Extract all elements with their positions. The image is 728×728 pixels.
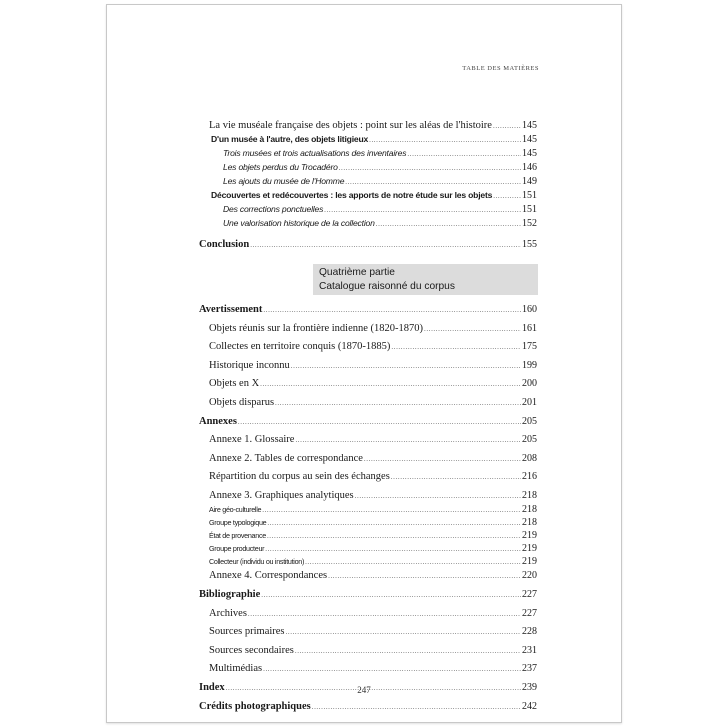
part-title: Catalogue raisonné du corpus	[319, 280, 538, 294]
toc-entry-label: Annexe 3. Graphiques analytiques	[209, 490, 354, 501]
leader-dots	[263, 665, 521, 673]
toc-entry: D'un musée à l'autre, des objets litigie…	[199, 134, 537, 145]
running-head: Table des matières	[462, 65, 539, 72]
toc-entry: Répartition du corpus au sein des échang…	[199, 471, 537, 482]
leader-dots	[355, 492, 521, 500]
leader-dots	[407, 150, 521, 158]
toc-entry-label: Collectes en territoire conquis (1870-18…	[209, 341, 390, 352]
toc-entry-label: Archives	[209, 608, 247, 619]
toc-entry: Annexes205	[199, 416, 537, 427]
toc-entry-label: Annexe 4. Correspondances	[209, 570, 327, 581]
book-page: Table des matières La vie muséale frança…	[106, 4, 622, 723]
toc-entry: État de provenance219	[199, 530, 537, 541]
toc-entry-label: Collecteur (individu ou institution)	[209, 557, 304, 566]
toc-entry-label: Trois musées et trois actualisations des…	[223, 148, 406, 158]
toc-entry-label: Groupe typologique	[209, 518, 266, 527]
leader-dots	[324, 206, 521, 214]
toc-entry-page: 199	[522, 360, 537, 371]
leader-dots	[260, 380, 521, 388]
leader-dots	[345, 178, 521, 186]
leader-dots	[263, 306, 521, 314]
toc-entry-page: 242	[522, 701, 537, 712]
toc-entry-label: Crédits photographiques	[199, 701, 311, 712]
page-number: 247	[107, 685, 621, 695]
toc-entry-page: 218	[522, 504, 537, 515]
toc-entry-page: 160	[522, 304, 537, 315]
toc-entry-label: Conclusion	[199, 239, 249, 250]
toc-entry-page: 146	[522, 162, 537, 173]
toc-entry-page: 228	[522, 626, 537, 637]
leader-dots	[312, 703, 521, 711]
toc-entry: Annexe 1. Glossaire205	[199, 434, 537, 445]
leader-dots	[391, 343, 521, 351]
toc-entry-page: 227	[522, 589, 537, 600]
leader-dots	[295, 647, 521, 655]
leader-dots	[339, 164, 521, 172]
toc-entry-page: 208	[522, 453, 537, 464]
leader-dots	[493, 122, 521, 130]
toc-entry-page: 200	[522, 378, 537, 389]
leader-dots	[376, 220, 521, 228]
toc-entry: Découvertes et redécouvertes : les appor…	[199, 190, 537, 201]
toc-entry: Annexe 2. Tables de correspondance208	[199, 453, 537, 464]
toc-entry-label: Les ajouts du musée de l'Homme	[223, 176, 344, 186]
toc-entry-label: Multimédias	[209, 663, 262, 674]
leader-dots	[261, 591, 521, 599]
toc-entry: Objets réunis sur la frontière indienne …	[199, 323, 537, 334]
leader-dots	[267, 519, 521, 527]
toc-entry: Annexe 4. Correspondances220	[199, 570, 537, 581]
toc-entry: Objets en X200	[199, 378, 537, 389]
toc-entry: Archives227	[199, 608, 537, 619]
toc-entry: Sources primaires228	[199, 626, 537, 637]
toc-entry: Trois musées et trois actualisations des…	[199, 148, 537, 159]
toc-entry-page: 219	[522, 556, 537, 567]
toc-entry-label: Historique inconnu	[209, 360, 290, 371]
toc-entry-label: État de provenance	[209, 531, 266, 540]
toc-entry: Groupe typologique218	[199, 517, 537, 528]
toc-entry-page: 175	[522, 341, 537, 352]
leader-dots	[248, 610, 521, 618]
toc-entry-label: Annexe 2. Tables de correspondance	[209, 453, 363, 464]
toc-entry-page: 155	[522, 239, 537, 250]
leader-dots	[369, 136, 521, 144]
toc-entry-label: Bibliographie	[199, 589, 260, 600]
toc-entry-page: 149	[522, 176, 537, 187]
toc-entry-page: 145	[522, 120, 537, 131]
toc-entry: Des corrections ponctuelles151	[199, 204, 537, 215]
toc-entry-page: 231	[522, 645, 537, 656]
toc-entry: Les ajouts du musée de l'Homme149	[199, 176, 537, 187]
leader-dots	[391, 473, 521, 481]
toc-entry: Multimédias237	[199, 663, 537, 674]
toc-entry-page: 219	[522, 543, 537, 554]
toc-entry: Annexe 3. Graphiques analytiques218	[199, 490, 537, 501]
toc-entry-label: Sources primaires	[209, 626, 285, 637]
toc-entry: La vie muséale française des objets : po…	[199, 120, 537, 131]
toc-entry-page: 219	[522, 530, 537, 541]
toc-entry-page: 218	[522, 490, 537, 501]
leader-dots	[267, 532, 521, 540]
toc-entry-page: 237	[522, 663, 537, 674]
leader-dots	[275, 399, 521, 407]
toc-entry-label: Sources secondaires	[209, 645, 294, 656]
part-heading-box: Quatrième partie Catalogue raisonné du c…	[313, 264, 538, 295]
toc-entry: Collectes en territoire conquis (1870-18…	[199, 341, 537, 352]
toc-entry-label: Découvertes et redécouvertes : les appor…	[211, 190, 492, 200]
part-number: Quatrième partie	[319, 266, 538, 280]
toc-entry: Crédits photographiques242	[199, 701, 537, 712]
toc-entry-label: Aire géo-culturelle	[209, 505, 261, 514]
toc-entry-label: Annexe 1. Glossaire	[209, 434, 294, 445]
toc-entry-label: La vie muséale française des objets : po…	[209, 120, 492, 131]
toc-entry-page: 218	[522, 517, 537, 528]
toc-entry: Conclusion155	[199, 239, 537, 250]
toc-entry: Les objets perdus du Trocadéro146	[199, 162, 537, 173]
toc-entry: Aire géo-culturelle218	[199, 504, 537, 515]
toc-entry-page: 216	[522, 471, 537, 482]
leader-dots	[265, 545, 521, 553]
toc-entry: Une valorisation historique de la collec…	[199, 218, 537, 229]
leader-dots	[328, 572, 521, 580]
leader-dots	[295, 436, 521, 444]
toc-entry: Objets disparus201	[199, 397, 537, 408]
toc-entry: Avertissement160	[199, 304, 537, 315]
toc-entry-page: 145	[522, 134, 537, 145]
leader-dots	[262, 506, 521, 514]
leader-dots	[364, 455, 521, 463]
leader-dots	[250, 241, 521, 249]
toc-entry-page: 151	[522, 204, 537, 215]
toc-entry-page: 205	[522, 416, 537, 427]
toc-entry-page: 161	[522, 323, 537, 334]
toc-entry-label: Une valorisation historique de la collec…	[223, 218, 375, 228]
leader-dots	[286, 628, 521, 636]
toc-entry: Groupe producteur219	[199, 543, 537, 554]
toc-entry-label: Objets en X	[209, 378, 259, 389]
leader-dots	[305, 558, 521, 566]
toc-entry-label: D'un musée à l'autre, des objets litigie…	[211, 134, 368, 144]
toc-entry-label: Des corrections ponctuelles	[223, 204, 323, 214]
toc-entry-label: Annexes	[199, 416, 237, 427]
toc-entry-label: Les objets perdus du Trocadéro	[223, 162, 338, 172]
leader-dots	[238, 418, 521, 426]
toc-entry: Historique inconnu199	[199, 360, 537, 371]
toc-entry-label: Objets disparus	[209, 397, 274, 408]
toc-entry: Collecteur (individu ou institution)219	[199, 556, 537, 567]
toc-entry-label: Avertissement	[199, 304, 262, 315]
leader-dots	[291, 362, 521, 370]
toc-entry: Sources secondaires231	[199, 645, 537, 656]
toc-entry-label: Groupe producteur	[209, 544, 264, 553]
toc-entry: Bibliographie227	[199, 589, 537, 600]
toc-entry-page: 151	[522, 190, 537, 201]
leader-dots	[493, 192, 521, 200]
toc-entry-page: 220	[522, 570, 537, 581]
toc-entry-page: 227	[522, 608, 537, 619]
toc-entry-page: 145	[522, 148, 537, 159]
toc-entry-page: 152	[522, 218, 537, 229]
toc-entry-page: 201	[522, 397, 537, 408]
toc-entry-label: Objets réunis sur la frontière indienne …	[209, 323, 423, 334]
leader-dots	[424, 325, 521, 333]
toc-entry-label: Répartition du corpus au sein des échang…	[209, 471, 390, 482]
toc-entry-page: 205	[522, 434, 537, 445]
